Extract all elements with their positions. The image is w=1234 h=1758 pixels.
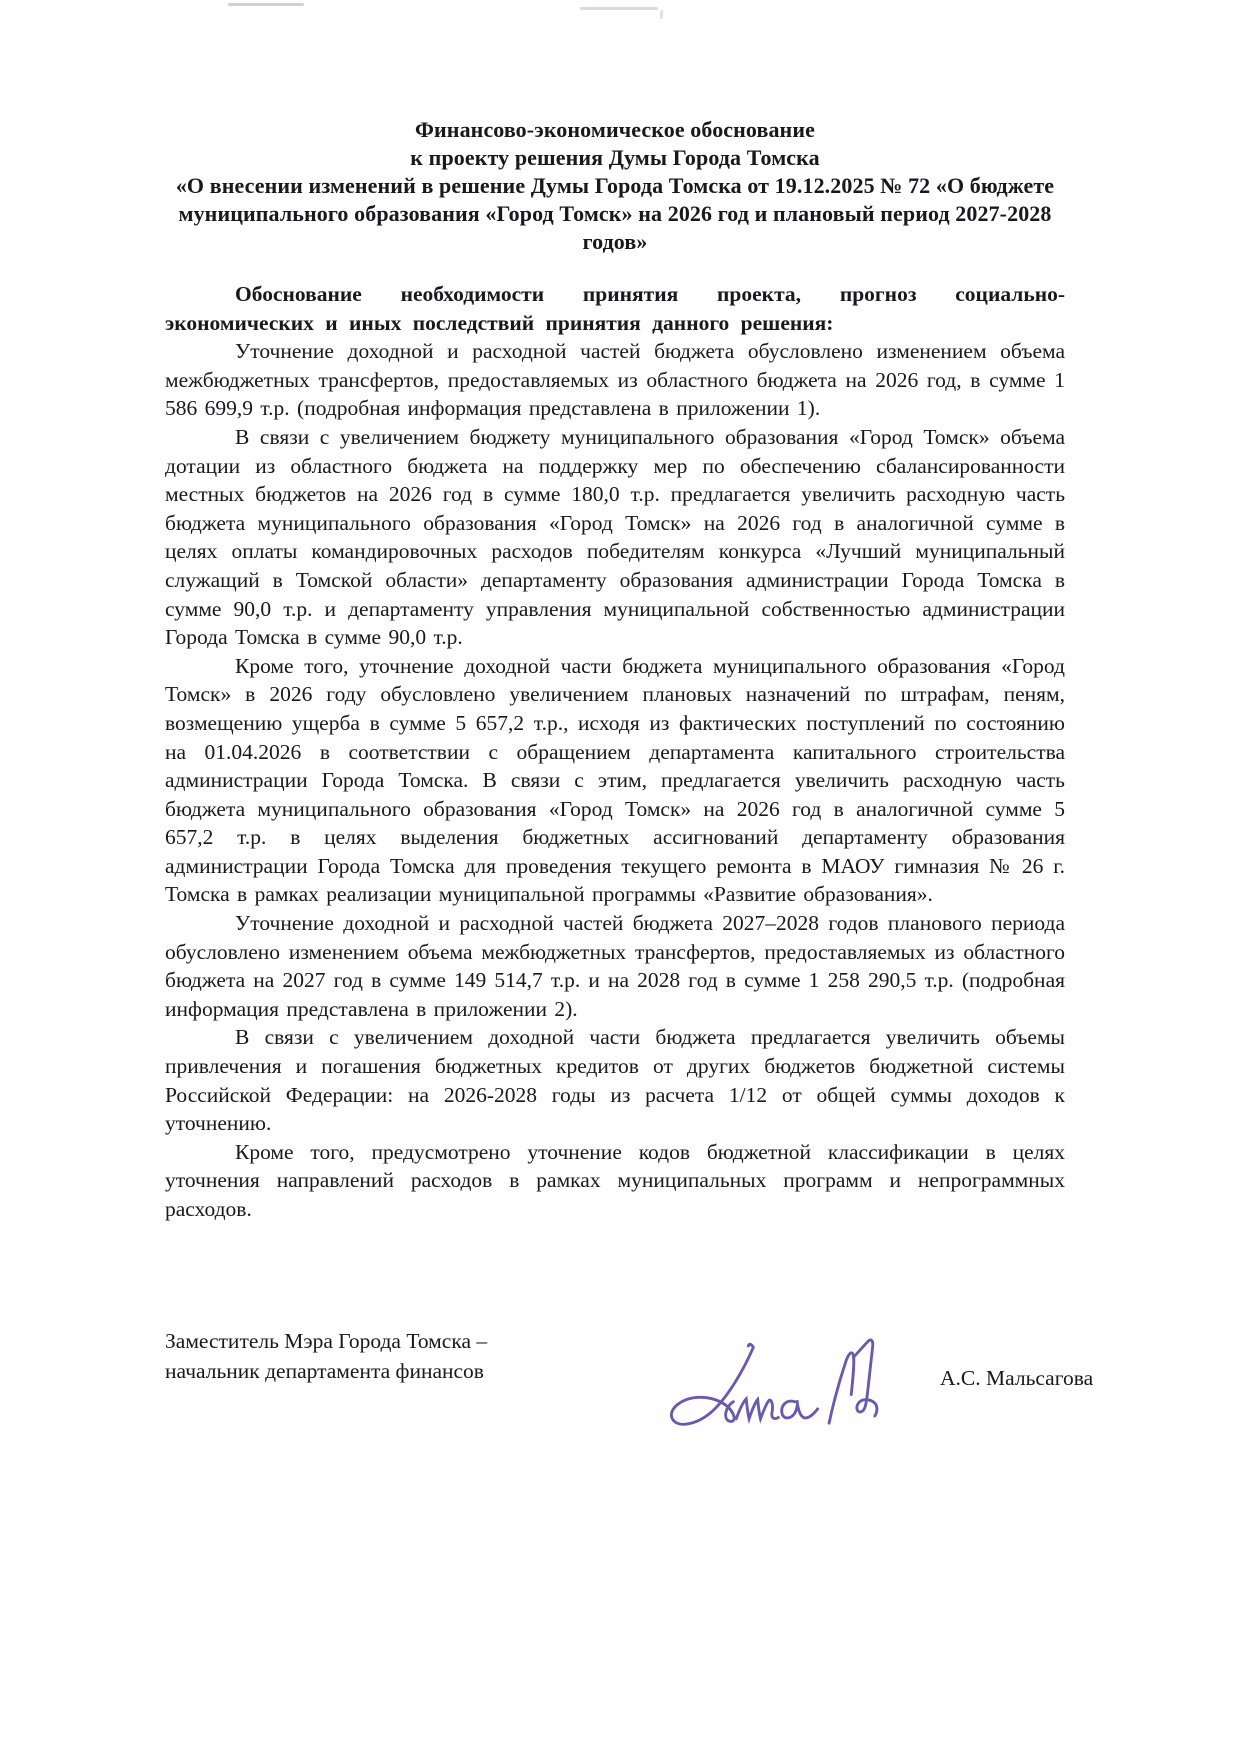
signatory-position-line: начальник департамента финансов — [165, 1356, 585, 1386]
title-line: Финансово-экономическое обоснование — [165, 116, 1065, 144]
signatory-position: Заместитель Мэра Города Томска – начальн… — [165, 1326, 585, 1386]
signatory-position-line: Заместитель Мэра Города Томска – — [165, 1326, 585, 1356]
signatory-name: А.С. Мальсагова — [940, 1366, 1093, 1391]
title-line: муниципального образования «Город Томск»… — [165, 200, 1065, 228]
document-title: Финансово-экономическое обоснование к пр… — [165, 116, 1065, 256]
paragraph: Кроме того, уточнение доходной части бюд… — [165, 652, 1065, 909]
scan-artifact — [228, 3, 304, 6]
document-body: Обоснование необходимости принятия проек… — [165, 280, 1065, 1224]
paragraph: Уточнение доходной и расходной частей бю… — [165, 337, 1065, 423]
title-line: годов» — [165, 228, 1065, 256]
body-heading: Обоснование необходимости принятия проек… — [165, 280, 1065, 337]
scan-artifact — [580, 7, 658, 10]
document-page: Финансово-экономическое обоснование к пр… — [0, 0, 1234, 1758]
document-content: Финансово-экономическое обоснование к пр… — [165, 116, 1065, 1224]
title-line: «О внесении изменений в решение Думы Гор… — [165, 172, 1065, 200]
handwritten-signature — [648, 1336, 893, 1436]
paragraph: Кроме того, предусмотрено уточнение кодо… — [165, 1138, 1065, 1224]
title-line: к проекту решения Думы Города Томска — [165, 144, 1065, 172]
scan-artifact — [660, 10, 663, 19]
paragraph: В связи с увеличением доходной части бюд… — [165, 1023, 1065, 1137]
paragraph: В связи с увеличением бюджету муниципаль… — [165, 423, 1065, 652]
paragraph: Уточнение доходной и расходной частей бю… — [165, 909, 1065, 1023]
